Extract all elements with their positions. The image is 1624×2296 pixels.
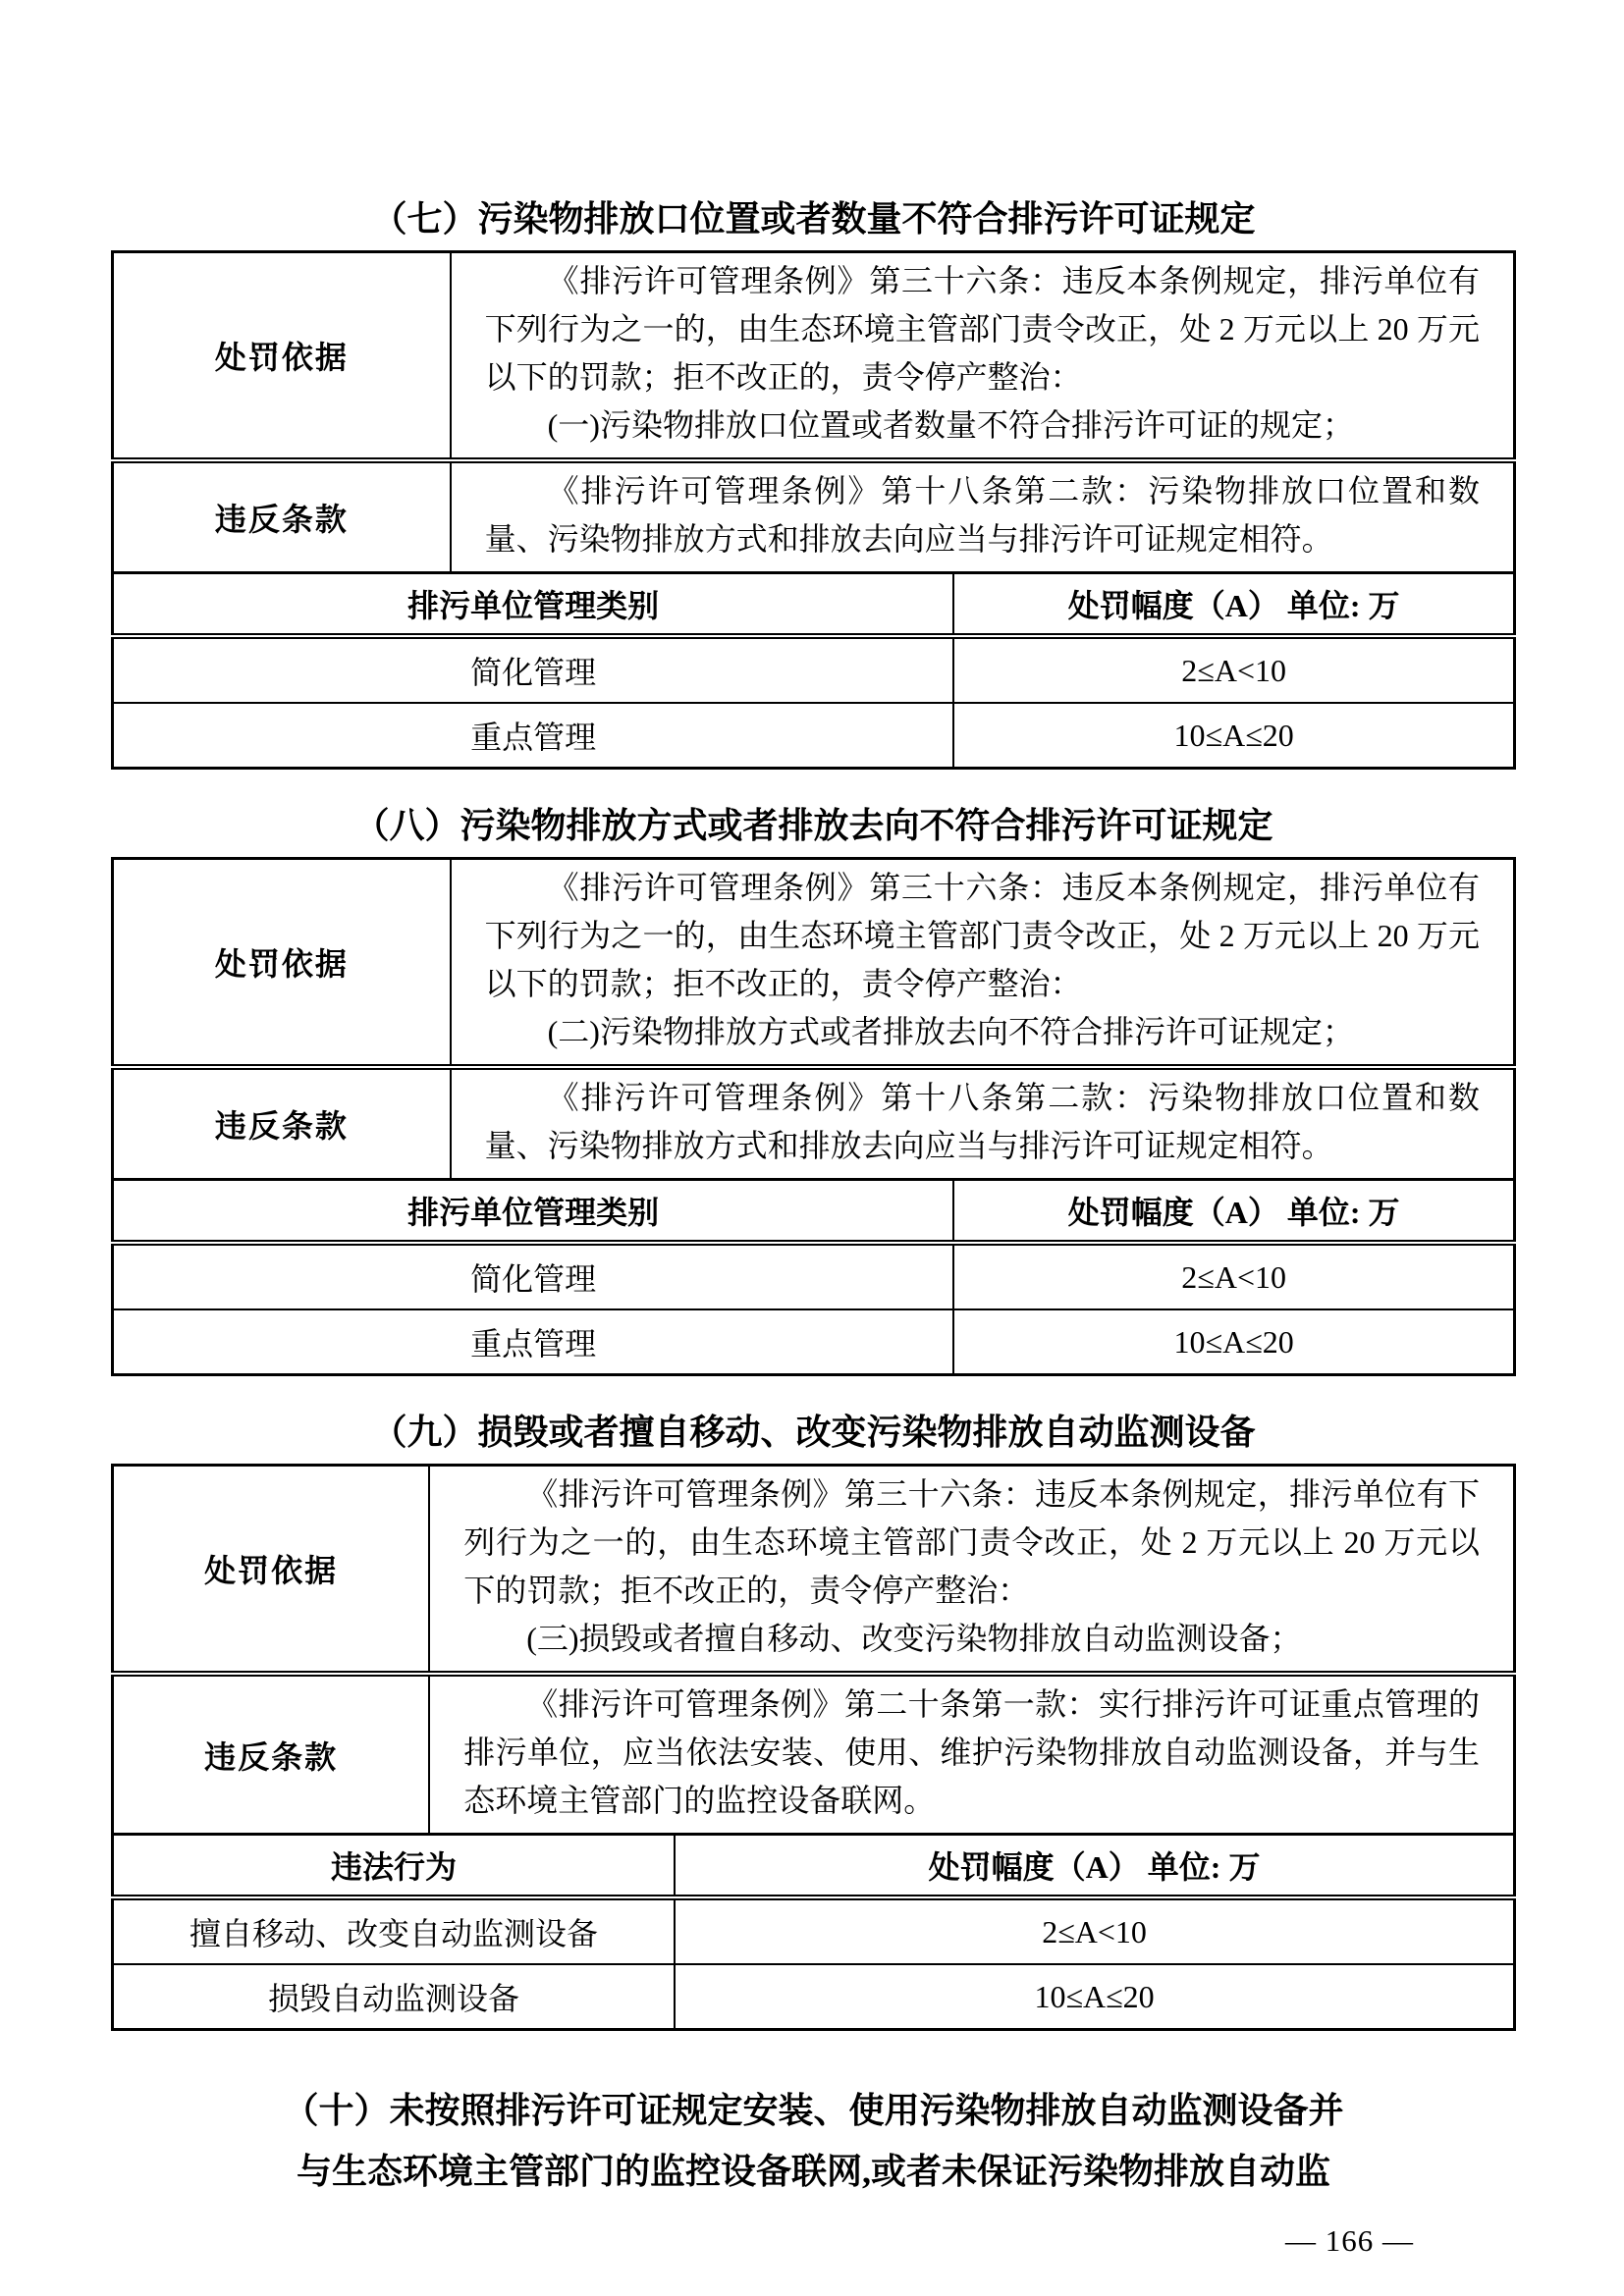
violated-clause-paragraph: 《排污许可管理条例》第十八条第二款：污染物排放口位置和数量、污染物排放方式和排放… [485,1074,1480,1170]
table-row: 损毁自动监测设备 10≤A≤20 [113,1964,1515,2030]
penalty-basis-item: (二)污染物排放方式或者排放去向不符合排污许可证规定； [485,1008,1480,1056]
section-8-table-main: 处罚依据 《排污许可管理条例》第三十六条：违反本条例规定，排污单位有下列行为之一… [111,857,1516,1181]
page-number: — 166 — [111,2223,1516,2259]
section-10-title: （十）未按照排污许可证规定安装、使用污染物排放自动监测设备并 与生态环境主管部门… [111,2080,1516,2202]
penalty-basis-item: (三)损毁或者擅自移动、改变污染物排放自动监测设备； [463,1615,1480,1663]
penalty-basis-cell: 《排污许可管理条例》第三十六条：违反本条例规定，排污单位有下列行为之一的，由生态… [429,1466,1514,1675]
table-row: 处罚依据 《排污许可管理条例》第三十六条：违反本条例规定，排污单位有下列行为之一… [113,252,1515,461]
penalty-basis-label: 处罚依据 [113,1466,430,1675]
violated-clause-cell: 《排污许可管理条例》第十八条第二款：污染物排放口位置和数量、污染物排放方式和排放… [451,1067,1515,1180]
range-cell: 2≤A<10 [953,1243,1514,1309]
category-cell: 重点管理 [113,703,954,769]
management-category-header: 排污单位管理类别 [113,574,954,636]
section-9-table-penalty: 违法行为 处罚幅度（A） 单位: 万 擅自移动、改变自动监测设备 2≤A<10 … [111,1836,1516,2031]
penalty-range-header: 处罚幅度（A） 单位: 万 [953,1181,1514,1243]
table-row: 违反条款 《排污许可管理条例》第二十条第一款：实行排污许可证重点管理的排污单位，… [113,1674,1515,1835]
section-10-title-line-1: （十）未按照排污许可证规定安装、使用污染物排放自动监测设备并 [111,2080,1516,2141]
illegal-act-cell: 擅自移动、改变自动监测设备 [113,1897,676,1964]
penalty-basis-paragraph: 《排污许可管理条例》第三十六条：违反本条例规定，排污单位有下列行为之一的，由生态… [463,1470,1480,1615]
penalty-basis-cell: 《排污许可管理条例》第三十六条：违反本条例规定，排污单位有下列行为之一的，由生态… [451,252,1515,461]
violated-clause-paragraph: 《排污许可管理条例》第十八条第二款：污染物排放口位置和数量、污染物排放方式和排放… [485,467,1480,563]
violated-clause-cell: 《排污许可管理条例》第十八条第二款：污染物排放口位置和数量、污染物排放方式和排放… [451,460,1515,573]
table-row: 处罚依据 《排污许可管理条例》第三十六条：违反本条例规定，排污单位有下列行为之一… [113,859,1515,1068]
table-row: 擅自移动、改变自动监测设备 2≤A<10 [113,1897,1515,1964]
penalty-basis-label: 处罚依据 [113,252,451,461]
table-row: 简化管理 2≤A<10 [113,1243,1515,1309]
section-7-title: （七）污染物排放口位置或者数量不符合排污许可证规定 [111,196,1516,241]
violated-clause-paragraph: 《排污许可管理条例》第二十条第一款：实行排污许可证重点管理的排污单位，应当依法安… [463,1681,1480,1825]
table-row: 重点管理 10≤A≤20 [113,1309,1515,1375]
table-row: 处罚依据 《排污许可管理条例》第三十六条：违反本条例规定，排污单位有下列行为之一… [113,1466,1515,1675]
penalty-range-header: 处罚幅度（A） 单位: 万 [953,574,1514,636]
section-7-table-main: 处罚依据 《排污许可管理条例》第三十六条：违反本条例规定，排污单位有下列行为之一… [111,250,1516,574]
category-cell: 简化管理 [113,636,954,703]
table-row: 违反条款 《排污许可管理条例》第十八条第二款：污染物排放口位置和数量、污染物排放… [113,460,1515,573]
range-cell: 2≤A<10 [953,636,1514,703]
table-row: 违反条款 《排污许可管理条例》第十八条第二款：污染物排放口位置和数量、污染物排放… [113,1067,1515,1180]
range-cell: 10≤A≤20 [675,1964,1514,2030]
violated-clause-label: 违反条款 [113,460,451,573]
category-cell: 重点管理 [113,1309,954,1375]
table-row: 简化管理 2≤A<10 [113,636,1515,703]
section-10-title-line-2: 与生态环境主管部门的监控设备联网,或者未保证污染物排放自动监 [111,2141,1516,2202]
penalty-basis-paragraph: 《排污许可管理条例》第三十六条：违反本条例规定，排污单位有下列行为之一的，由生态… [485,864,1480,1008]
illegal-act-header: 违法行为 [113,1836,676,1897]
violated-clause-label: 违反条款 [113,1067,451,1180]
penalty-basis-paragraph: 《排污许可管理条例》第三十六条：违反本条例规定，排污单位有下列行为之一的，由生态… [485,257,1480,401]
violated-clause-label: 违反条款 [113,1674,430,1835]
penalty-basis-label: 处罚依据 [113,859,451,1068]
table-header-row: 排污单位管理类别 处罚幅度（A） 单位: 万 [113,1181,1515,1243]
section-9-title: （九）损毁或者擅自移动、改变污染物排放自动监测设备 [111,1410,1516,1455]
penalty-basis-item: (一)污染物排放口位置或者数量不符合排污许可证的规定； [485,401,1480,450]
section-8-title: （八）污染物排放方式或者排放去向不符合排污许可证规定 [111,803,1516,848]
management-category-header: 排污单位管理类别 [113,1181,954,1243]
penalty-range-header: 处罚幅度（A） 单位: 万 [675,1836,1514,1897]
range-cell: 10≤A≤20 [953,1309,1514,1375]
table-header-row: 排污单位管理类别 处罚幅度（A） 单位: 万 [113,574,1515,636]
violated-clause-cell: 《排污许可管理条例》第二十条第一款：实行排污许可证重点管理的排污单位，应当依法安… [429,1674,1514,1835]
table-row: 重点管理 10≤A≤20 [113,703,1515,769]
table-header-row: 违法行为 处罚幅度（A） 单位: 万 [113,1836,1515,1897]
section-8-table-penalty: 排污单位管理类别 处罚幅度（A） 单位: 万 简化管理 2≤A<10 重点管理 … [111,1181,1516,1376]
illegal-act-cell: 损毁自动监测设备 [113,1964,676,2030]
category-cell: 简化管理 [113,1243,954,1309]
range-cell: 10≤A≤20 [953,703,1514,769]
section-9-table-main: 处罚依据 《排污许可管理条例》第三十六条：违反本条例规定，排污单位有下列行为之一… [111,1464,1516,1836]
range-cell: 2≤A<10 [675,1897,1514,1964]
section-7-table-penalty: 排污单位管理类别 处罚幅度（A） 单位: 万 简化管理 2≤A<10 重点管理 … [111,574,1516,770]
penalty-basis-cell: 《排污许可管理条例》第三十六条：违反本条例规定，排污单位有下列行为之一的，由生态… [451,859,1515,1068]
document-page: （七）污染物排放口位置或者数量不符合排污许可证规定 处罚依据 《排污许可管理条例… [111,0,1516,2259]
